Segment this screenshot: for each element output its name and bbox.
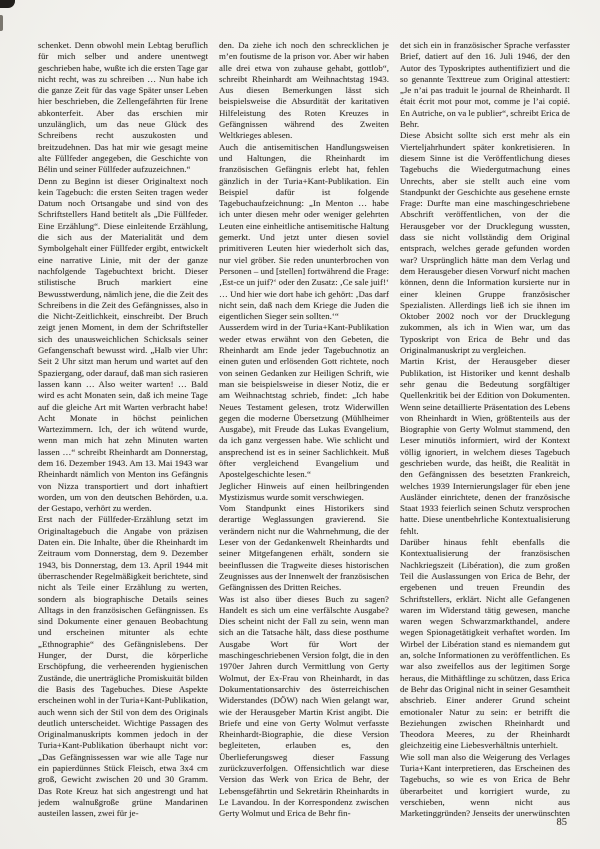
text-column-left: schenket. Denn obwohl mein Lebtag berufl… — [38, 40, 208, 818]
paragraph: Jeglicher Hinweis auf einen heilbringend… — [219, 481, 389, 504]
paragraph: Vom Standpunkt eines Historikers sind de… — [219, 503, 389, 593]
page-number: 85 — [557, 817, 568, 828]
paragraph: Auch die antisemitischen Handlungsweisen… — [219, 142, 389, 323]
paragraph: Was ist also über dieses Buch zu sagen? … — [219, 594, 389, 818]
paragraph: Darüber hinaus fehlt ebenfalls die Konte… — [400, 537, 570, 752]
scan-artifact-edge — [0, 15, 3, 31]
paragraph: Diese Absicht sollte sich erst mehr als … — [400, 130, 570, 356]
paragraph: Denn zu Beginn ist dieser Originaltext n… — [38, 176, 208, 515]
text-columns: schenket. Denn obwohl mein Lebtag berufl… — [38, 40, 570, 818]
text-column-middle: den. Da ziehe ich noch den schrecklichen… — [219, 40, 389, 818]
paragraph: Ausserdem wird in der Turia+Kant-Publika… — [219, 322, 389, 480]
text-column-right: det sich ein in französischer Sprache ve… — [400, 40, 570, 818]
paragraph: det sich ein in französischer Sprache ve… — [400, 40, 570, 130]
paragraph: Wie soll man also die Weigerung des Verl… — [400, 752, 570, 818]
paragraph: schenket. Denn obwohl mein Lebtag berufl… — [38, 40, 208, 176]
scan-artifact-corner — [0, 0, 15, 8]
paragraph: Erst nach der Füllfeder-Erzählung setzt … — [38, 514, 208, 818]
paragraph: Martin Krist, der Herausgeber dieser Pub… — [400, 356, 570, 537]
scanned-book-page: schenket. Denn obwohl mein Lebtag berufl… — [0, 0, 600, 849]
paragraph: den. Da ziehe ich noch den schrecklichen… — [219, 40, 389, 142]
